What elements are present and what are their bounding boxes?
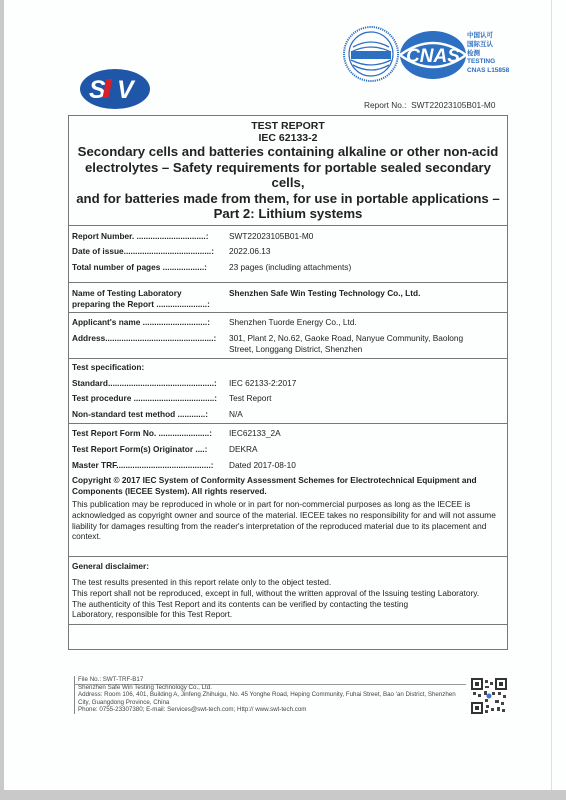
accreditation-logos: CNAS 中国认可 国际互认 检测 TESTING CNAS L15858 xyxy=(343,25,528,85)
testing-lab-row: Name of Testing Laboratorypreparing the … xyxy=(69,288,507,310)
trf-section: Test Report Form No. ...................… xyxy=(69,424,507,557)
copyright-notice: Copyright © 2017 IEC System of Conformit… xyxy=(69,475,507,497)
report-subtitle: Secondary cells and batteries containing… xyxy=(73,144,503,222)
svg-text:V: V xyxy=(117,76,136,104)
lab-section: Name of Testing Laboratorypreparing the … xyxy=(69,283,507,314)
non-standard-method-row: Non-standard test method ............:N/… xyxy=(69,409,507,420)
applicant-name-row: Applicant's name .......................… xyxy=(69,317,507,328)
disclaimer-line: The test results presented in this repor… xyxy=(69,577,507,588)
svg-text:S: S xyxy=(89,76,106,104)
disclaimer-line: The authenticity of this Test Report and… xyxy=(69,599,507,621)
ilac-cnas-logo-icon: CNAS xyxy=(343,25,467,85)
page-footer: File No.: SWT-TRF-B17 Shenzhen Safe Win … xyxy=(74,676,468,714)
publication-notice: This publication may be reproduced in wh… xyxy=(69,499,507,542)
standard-code: IEC 62133-2 xyxy=(73,132,503,144)
disclaimer-line: This report shall not be reproduced, exc… xyxy=(69,588,507,599)
report-type: TEST REPORT xyxy=(73,120,503,132)
test-spec-section: Test specification: Standard............… xyxy=(69,359,507,424)
svg-text:CNAS: CNAS xyxy=(406,46,460,67)
disclaimer-section: General disclaimer: The test results pre… xyxy=(69,557,507,625)
footer-contact: Phone: 0755-23307380; E-mail: Services@s… xyxy=(78,706,468,714)
trf-originator-row: Test Report Form(s) Originator ....:DEKR… xyxy=(69,444,507,455)
total-pages-row: Total number of pages ..................… xyxy=(69,262,507,273)
report-cover-table: TEST REPORT IEC 62133-2 Secondary cells … xyxy=(68,115,508,650)
qr-code-icon xyxy=(471,678,507,714)
standard-row: Standard................................… xyxy=(69,378,507,389)
page-edge xyxy=(551,0,552,790)
applicant-section: Applicant's name .......................… xyxy=(69,313,507,358)
trf-number-row: Test Report Form No. ...................… xyxy=(69,428,507,439)
footer-address: Address: Room 106, 401, Building A, Jinf… xyxy=(78,691,468,706)
report-number-row: Report Number. .........................… xyxy=(69,231,507,242)
test-spec-heading: Test specification: xyxy=(69,362,224,373)
title-section: TEST REPORT IEC 62133-2 Secondary cells … xyxy=(69,116,507,226)
file-number: File No.: SWT-TRF-B17 xyxy=(78,676,468,684)
footer-company: Shenzhen Safe Win Testing Technology Co.… xyxy=(78,684,468,692)
report-number-header: Report No.: SWT22023105B01-M0 xyxy=(364,100,495,110)
cnas-caption: 中国认可 国际互认 检测 TESTING CNAS L15858 xyxy=(467,32,509,76)
disclaimer-heading: General disclaimer: xyxy=(69,561,507,572)
master-trf-row: Master TRF..............................… xyxy=(69,460,507,471)
date-of-issue-row: Date of issue...........................… xyxy=(69,246,507,257)
address-row: Address.................................… xyxy=(69,333,507,355)
siv-logo-icon: S V xyxy=(79,67,151,111)
report-info-section: Report Number. .........................… xyxy=(69,226,507,283)
blank-section xyxy=(69,625,507,650)
test-procedure-row: Test procedure .........................… xyxy=(69,393,507,404)
